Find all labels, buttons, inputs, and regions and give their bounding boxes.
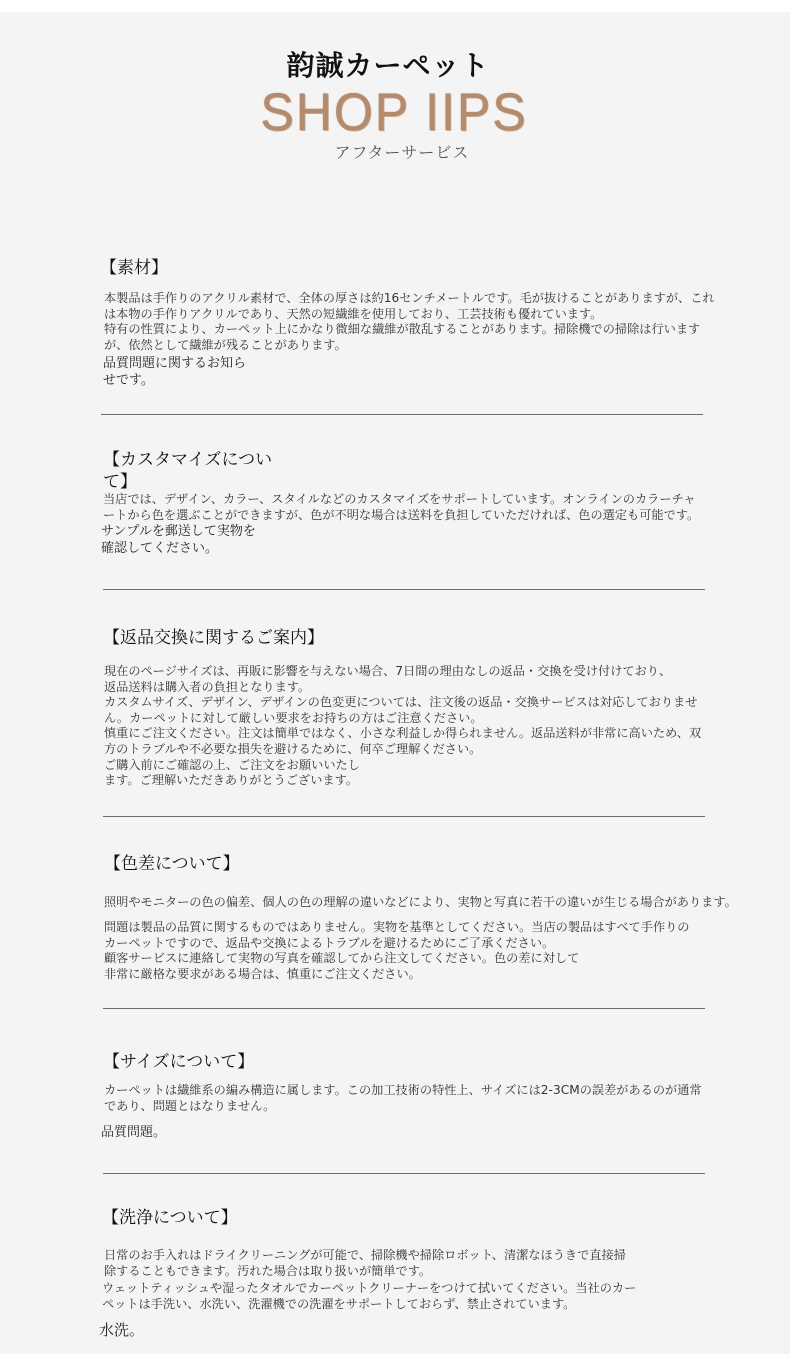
section-note: サンプルを郵送して実物を 確認してください。: [101, 523, 256, 557]
section-divider: [101, 414, 703, 415]
section-paragraph: 照明やモニターの色の偏差、個人の色の理解の違いなどにより、実物と写真に若干の違い…: [104, 895, 737, 911]
section-title: 【カスタマイズについ て】: [103, 449, 272, 493]
shop-tips-logo: SHOP IIPS: [0, 85, 790, 140]
section-paragraph: カーペットは繊維系の編み構造に属します。この加工技術の特性上、サイズには2-3C…: [104, 1083, 702, 1114]
section-note: 水洗。: [99, 1322, 144, 1339]
section-title: 【色差について】: [104, 853, 240, 875]
page-subtitle: アフターサービス: [14, 140, 790, 163]
section-title: 【返品交換に関するご案内】: [103, 627, 324, 649]
section-note: 品質問題。: [101, 1124, 166, 1141]
section-divider: [103, 589, 705, 590]
section-paragraph: 現在のページサイズは、再販に影響を与えない場合、7日間の理由なしの返品・交換を受…: [104, 664, 701, 789]
section-divider: [103, 1008, 705, 1009]
section-title: 【サイズについて】: [103, 1051, 254, 1073]
section-paragraph: 当店では、デザイン、カラー、スタイルなどのカスタマイズをサポートしています。オン…: [103, 492, 699, 523]
section-divider: [103, 816, 705, 817]
section-title: 【素材】: [100, 257, 168, 279]
brand-title: 韵誠カーペット: [0, 46, 790, 86]
section-paragraph: 本製品は手作りのアクリル素材で、全体の厚さは約16センチメートルです。毛が抜ける…: [104, 291, 715, 353]
section-title: 【洗浄について】: [102, 1207, 238, 1229]
section-paragraph: 日常のお手入れはドライクリーニングが可能で、掃除機や掃除ロボット、清潔なほうきで…: [104, 1248, 626, 1279]
section-note: 品質問題に関するお知ら せです。: [103, 355, 246, 389]
section-paragraph: 問題は製品の品質に関するものではありません。実物を基準としてください。当店の製品…: [104, 920, 690, 982]
page-header: 韵誠カーペット SHOP IIPS アフターサービス: [0, 46, 790, 163]
section-paragraph: ウェットティッシュや湿ったタオルでカーペットクリーナーをつけて拭いてください。当…: [102, 1281, 636, 1312]
section-divider: [103, 1173, 705, 1174]
top-strip: [0, 0, 790, 12]
